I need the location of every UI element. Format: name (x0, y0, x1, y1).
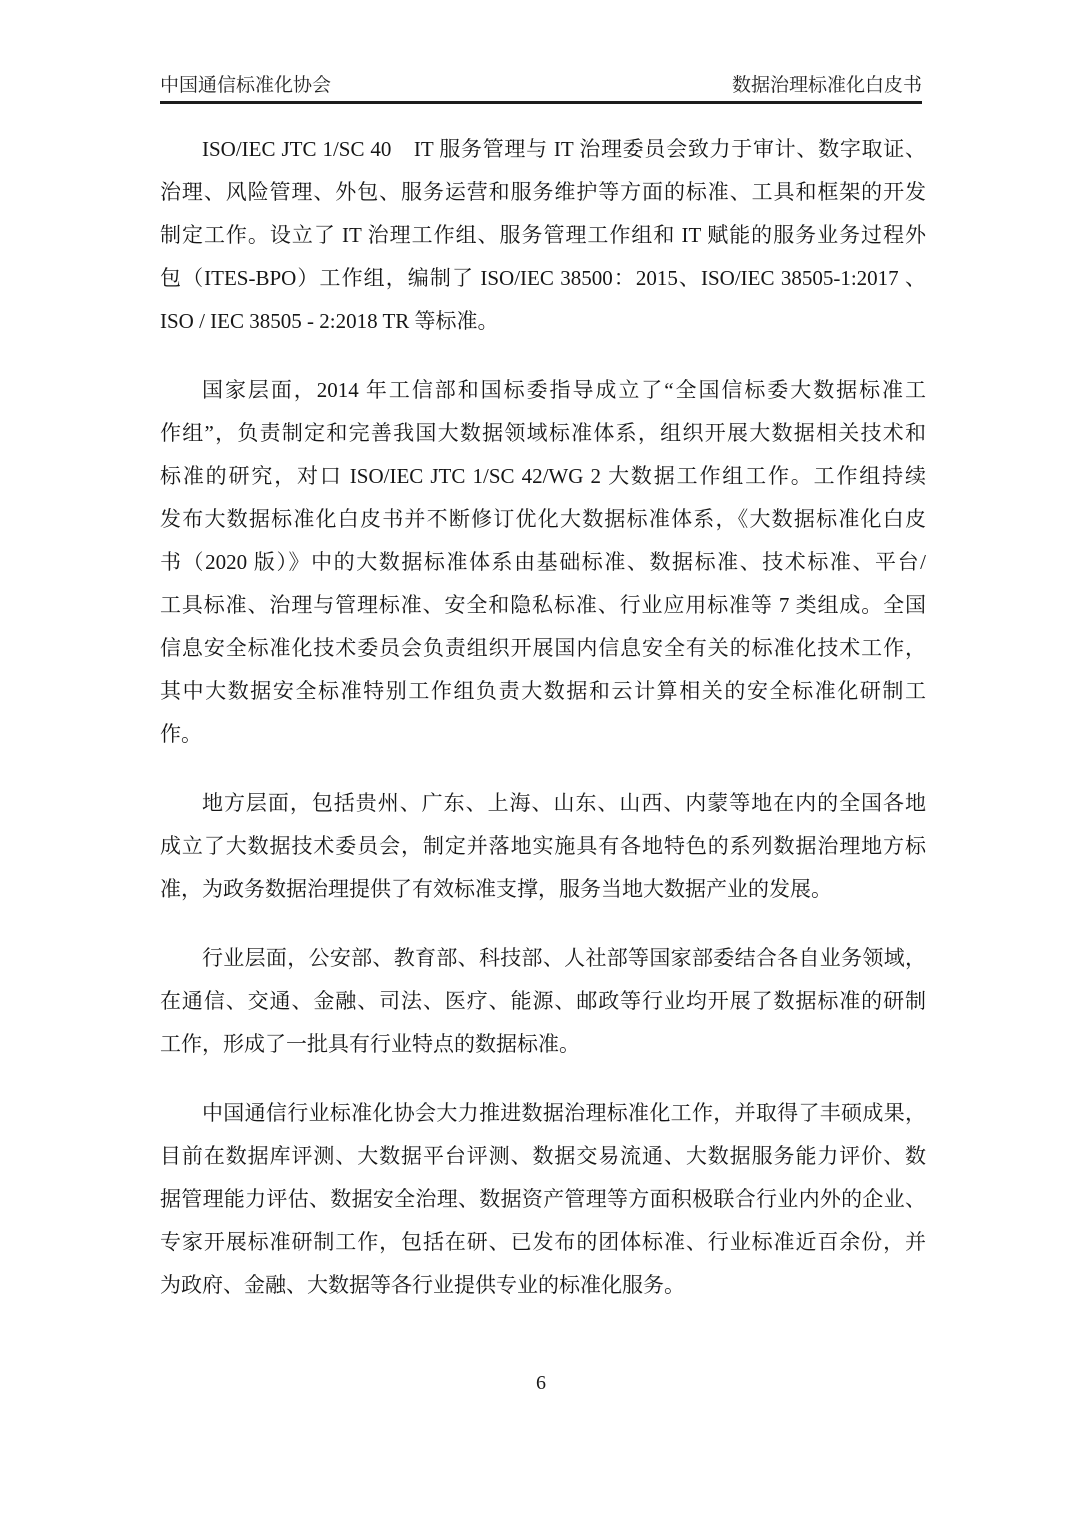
paragraph: 行业层面，公安部、教育部、科技部、人社部等国家部委结合各自业务领域，在通信、交通… (160, 937, 926, 1066)
page-footer: 6 (160, 1372, 922, 1395)
paragraph: 中国通信行业标准化协会大力推进数据治理标准化工作，并取得了丰硕成果，目前在数据库… (160, 1092, 926, 1307)
text-line: 工具标准、治理与管理标准、安全和隐私标准、行业应用标准等 7 类组成。全国 (160, 584, 926, 627)
header-rule (160, 101, 922, 104)
text-line: 地方层面，包括贵州、广东、上海、山东、山西、内蒙等地在内的全国各地 (160, 782, 926, 825)
text-line: 目前在数据库评测、大数据平台评测、数据交易流通、大数据服务能力评价、数 (160, 1135, 926, 1178)
text-line: 信息安全标准化技术委员会负责组织开展国内信息安全有关的标准化技术工作， (160, 627, 926, 670)
page-header: 中国通信标准化协会 数据治理标准化白皮书 (160, 74, 922, 98)
text-line: 为政府、金融、大数据等各行业提供专业的标准化服务。 (160, 1264, 926, 1307)
text-line: 治理、风险管理、外包、服务运营和服务维护等方面的标准、工具和框架的开发 (160, 171, 926, 214)
text-line: 制定工作。设立了 IT 治理工作组、服务管理工作组和 IT 赋能的服务业务过程外 (160, 214, 926, 257)
text-line: 中国通信行业标准化协会大力推进数据治理标准化工作，并取得了丰硕成果， (160, 1092, 926, 1135)
text-line: 作。 (160, 713, 926, 756)
text-line: 标准的研究，对口 ISO/IEC JTC 1/SC 42/WG 2 大数据工作组… (160, 455, 926, 498)
header-doc-title: 数据治理标准化白皮书 (732, 74, 922, 98)
text-line: 国家层面，2014 年工信部和国标委指导成立了“全国信标委大数据标准工 (160, 369, 926, 412)
text-line: 准，为政务数据治理提供了有效标准支撑，服务当地大数据产业的发展。 (160, 868, 926, 911)
text-line: 包（ITES-BPO）工作组，编制了 ISO/IEC 38500：2015、IS… (160, 257, 926, 300)
paragraph: 国家层面，2014 年工信部和国标委指导成立了“全国信标委大数据标准工作组”，负… (160, 369, 926, 756)
text-line: ISO / IEC 38505 - 2:2018 TR 等标准。 (160, 300, 926, 343)
text-line: 行业层面，公安部、教育部、科技部、人社部等国家部委结合各自业务领域， (160, 937, 926, 980)
text-line: 书（2020 版）》中的大数据标准体系由基础标准、数据标准、技术标准、平台/ (160, 541, 926, 584)
text-line: 成立了大数据技术委员会，制定并落地实施具有各地特色的系列数据治理地方标 (160, 825, 926, 868)
text-line: ISO/IEC JTC 1/SC 40 IT 服务管理与 IT 治理委员会致力于… (160, 128, 926, 171)
paragraph: 地方层面，包括贵州、广东、上海、山东、山西、内蒙等地在内的全国各地成立了大数据技… (160, 782, 926, 911)
text-line: 其中大数据安全标准特别工作组负责大数据和云计算相关的安全标准化研制工 (160, 670, 926, 713)
text-line: 专家开展标准研制工作，包括在研、已发布的团体标准、行业标准近百余份，并 (160, 1221, 926, 1264)
text-line: 在通信、交通、金融、司法、医疗、能源、邮政等行业均开展了数据标准的研制 (160, 980, 926, 1023)
page-number: 6 (536, 1372, 546, 1394)
text-line: 据管理能力评估、数据安全治理、数据资产管理等方面积极联合行业内外的企业、 (160, 1178, 926, 1221)
text-line: 工作，形成了一批具有行业特点的数据标准。 (160, 1023, 926, 1066)
header-org-name: 中国通信标准化协会 (160, 74, 331, 98)
document-body: ISO/IEC JTC 1/SC 40 IT 服务管理与 IT 治理委员会致力于… (160, 128, 926, 1333)
paragraph: ISO/IEC JTC 1/SC 40 IT 服务管理与 IT 治理委员会致力于… (160, 128, 926, 343)
document-page: 中国通信标准化协会 数据治理标准化白皮书 ISO/IEC JTC 1/SC 40… (0, 0, 1080, 1527)
text-line: 作组”，负责制定和完善我国大数据领域标准体系，组织开展大数据相关技术和 (160, 412, 926, 455)
text-line: 发布大数据标准化白皮书并不断修订优化大数据标准体系，《大数据标准化白皮 (160, 498, 926, 541)
